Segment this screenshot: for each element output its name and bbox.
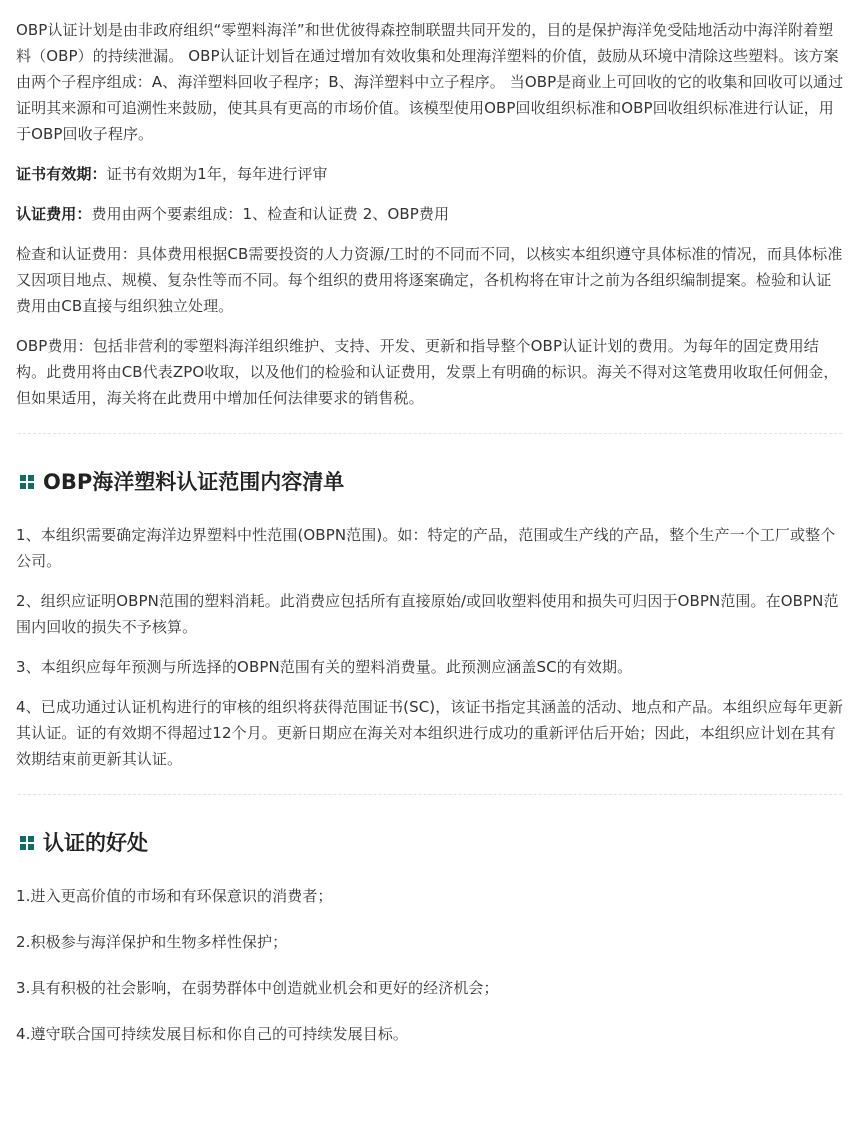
grid-icon xyxy=(20,836,34,850)
scope-section-heading: OBP海洋塑料认证范围内容清单 xyxy=(16,468,844,496)
validity-line: 证书有效期：证书有效期为1年，每年进行评审 xyxy=(16,161,844,187)
scope-list: 1、本组织需要确定海洋边界塑料中性范围(OBPN范围)。如：特定的产品，范围或生… xyxy=(16,522,844,772)
section-divider xyxy=(18,433,842,434)
inspection-fee-paragraph: 检查和认证费用：具体费用根据CB需要投资的人力资源/工时的不同而不同，以核实本组… xyxy=(16,241,844,319)
list-item: 4.遵守联合国可持续发展目标和你自己的可持续发展目标。 xyxy=(16,1021,844,1047)
fee-label: 认证费用： xyxy=(16,205,92,223)
validity-label: 证书有效期： xyxy=(16,165,107,183)
list-item: 1.进入更高价值的市场和有环保意识的消费者； xyxy=(16,883,844,909)
scope-section-title: OBP海洋塑料认证范围内容清单 xyxy=(43,468,344,496)
list-item: 2.积极参与海洋保护和生物多样性保护； xyxy=(16,929,844,955)
list-item: 2、组织应证明OBPN范围的塑料消耗。此消费应包括所有直接原始/或回收塑料使用和… xyxy=(16,588,844,640)
intro-paragraph: OBP认证计划是由非政府组织“零塑料海洋”和世优彼得森控制联盟共同开发的，目的是… xyxy=(16,17,844,147)
benefits-section-title: 认证的好处 xyxy=(43,829,148,857)
validity-text: 证书有效期为1年，每年进行评审 xyxy=(107,165,328,183)
list-item: 3、本组织应每年预测与所选择的OBPN范围有关的塑料消费量。此预测应涵盖SC的有… xyxy=(16,654,844,680)
fee-line: 认证费用：费用由两个要素组成：1、检查和认证费 2、OBP费用 xyxy=(16,201,844,227)
article-body: OBP认证计划是由非政府组织“零塑料海洋”和世优彼得森控制联盟共同开发的，目的是… xyxy=(0,0,860,1047)
benefits-list: 1.进入更高价值的市场和有环保意识的消费者； 2.积极参与海洋保护和生物多样性保… xyxy=(16,883,844,1047)
grid-icon xyxy=(20,475,34,489)
fee-text: 费用由两个要素组成：1、检查和认证费 2、OBP费用 xyxy=(92,205,450,223)
list-item: 4、已成功通过认证机构进行的审核的组织将获得范围证书(SC)，该证书指定其涵盖的… xyxy=(16,694,844,772)
list-item: 3.具有积极的社会影响，在弱势群体中创造就业机会和更好的经济机会； xyxy=(16,975,844,1001)
benefits-section-heading: 认证的好处 xyxy=(16,829,844,857)
obp-fee-paragraph: OBP费用：包括非营利的零塑料海洋组织维护、支持、开发、更新和指导整个OBP认证… xyxy=(16,333,844,411)
section-divider xyxy=(18,794,842,795)
list-item: 1、本组织需要确定海洋边界塑料中性范围(OBPN范围)。如：特定的产品，范围或生… xyxy=(16,522,844,574)
